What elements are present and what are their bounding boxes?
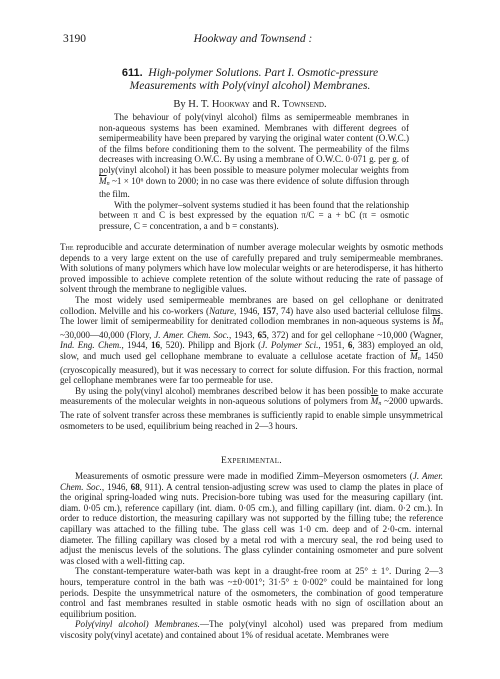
introduction: The reproducible and accurate determinat… <box>60 242 443 431</box>
byline: By H. T. Hookway and R. Townsend. <box>60 99 440 110</box>
author-2: Townsend. <box>283 99 327 110</box>
title-line-1: High-polymer Solutions. Part I. Osmotic-… <box>148 67 378 79</box>
experimental-section: Measurements of osmotic pressure were ma… <box>60 471 443 641</box>
journal-page: 3190 Hookway and Townsend : 611. High-po… <box>0 0 500 679</box>
article-number: 611. <box>122 67 143 79</box>
abstract: The behaviour of poly(vinyl alcohol) fil… <box>99 112 409 232</box>
running-header: 3190 Hookway and Townsend : <box>63 33 443 47</box>
subsection-heading: Poly(vinyl alcohol) Membranes. <box>75 619 200 629</box>
experimental-paragraph-1: Measurements of osmotic pressure were ma… <box>60 471 443 566</box>
experimental-paragraph-3: Poly(vinyl alcohol) Membranes.—The poly(… <box>60 619 443 640</box>
abstract-paragraph-2: With the polymer–solvent systems studied… <box>99 200 409 232</box>
running-title: Hookway and Townsend : <box>63 33 443 45</box>
title-line-2: Measurements with Poly(vinyl alcohol) Me… <box>60 80 440 93</box>
intro-paragraph-1: The reproducible and accurate determinat… <box>60 242 443 295</box>
intro-paragraph-3: By using the poly(vinyl alcohol) membran… <box>60 386 443 431</box>
experimental-paragraph-2: The constant-temperature water-bath was … <box>60 566 443 619</box>
section-heading-experimental: Experimental. <box>60 456 443 466</box>
article-title: 611. High-polymer Solutions. Part I. Osm… <box>60 67 440 93</box>
abstract-paragraph-1: The behaviour of poly(vinyl alcohol) fil… <box>99 112 409 200</box>
intro-paragraph-2: The most widely used semipermeable membr… <box>60 295 443 386</box>
author-1: Hookway <box>212 99 250 110</box>
